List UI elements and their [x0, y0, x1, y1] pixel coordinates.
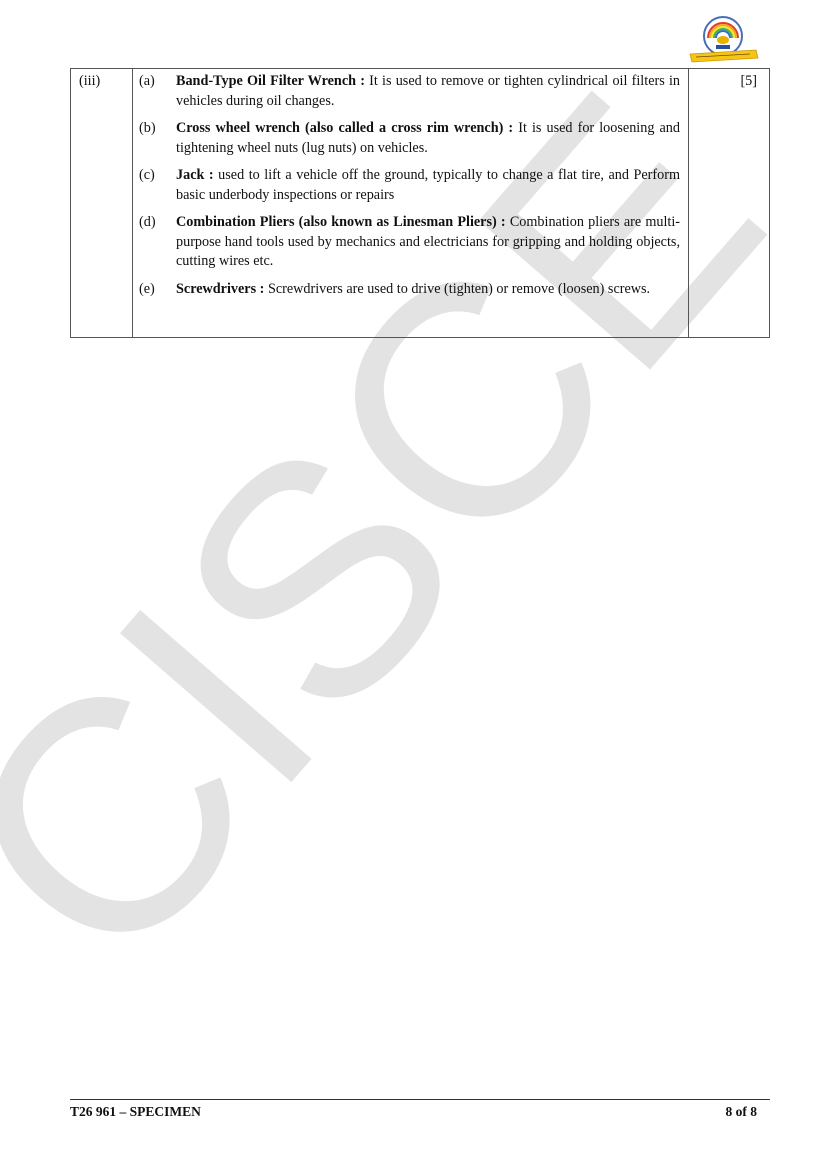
- answer-body: (a) Band-Type Oil Filter Wrench : It is …: [133, 69, 689, 338]
- list-item: (e) Screwdrivers : Screwdrivers are used…: [139, 280, 680, 300]
- item-label: (b): [139, 119, 176, 158]
- item-term: Screwdrivers :: [176, 281, 264, 297]
- answer-table: (iii) (a) Band-Type Oil Filter Wrench : …: [70, 68, 770, 338]
- page-number: 8 of 8: [726, 1104, 758, 1120]
- item-label: (d): [139, 213, 176, 272]
- cisce-logo-icon: [686, 14, 760, 66]
- item-term: Combination Pliers (also known as Linesm…: [176, 214, 506, 230]
- list-item: (d) Combination Pliers (also known as Li…: [139, 213, 680, 272]
- item-term: Band-Type Oil Filter Wrench :: [176, 73, 365, 89]
- item-label: (a): [139, 72, 176, 111]
- table-row: (iii) (a) Band-Type Oil Filter Wrench : …: [71, 69, 770, 338]
- list-item: (a) Band-Type Oil Filter Wrench : It is …: [139, 72, 680, 111]
- paper-code: T26 961 – SPECIMEN: [70, 1104, 201, 1120]
- list-item: (b) Cross wheel wrench (also called a cr…: [139, 119, 680, 158]
- footer-divider: [70, 1099, 770, 1100]
- item-term: Jack :: [176, 167, 214, 183]
- item-term: Cross wheel wrench (also called a cross …: [176, 120, 513, 136]
- marks-cell: [5]: [689, 69, 770, 338]
- item-label: (e): [139, 280, 176, 300]
- item-text: Screwdrivers are used to drive (tighten)…: [264, 281, 650, 297]
- item-text: used to lift a vehicle off the ground, t…: [176, 167, 680, 203]
- item-label: (c): [139, 166, 176, 205]
- list-item: (c) Jack : used to lift a vehicle off th…: [139, 166, 680, 205]
- question-number: (iii): [71, 69, 133, 338]
